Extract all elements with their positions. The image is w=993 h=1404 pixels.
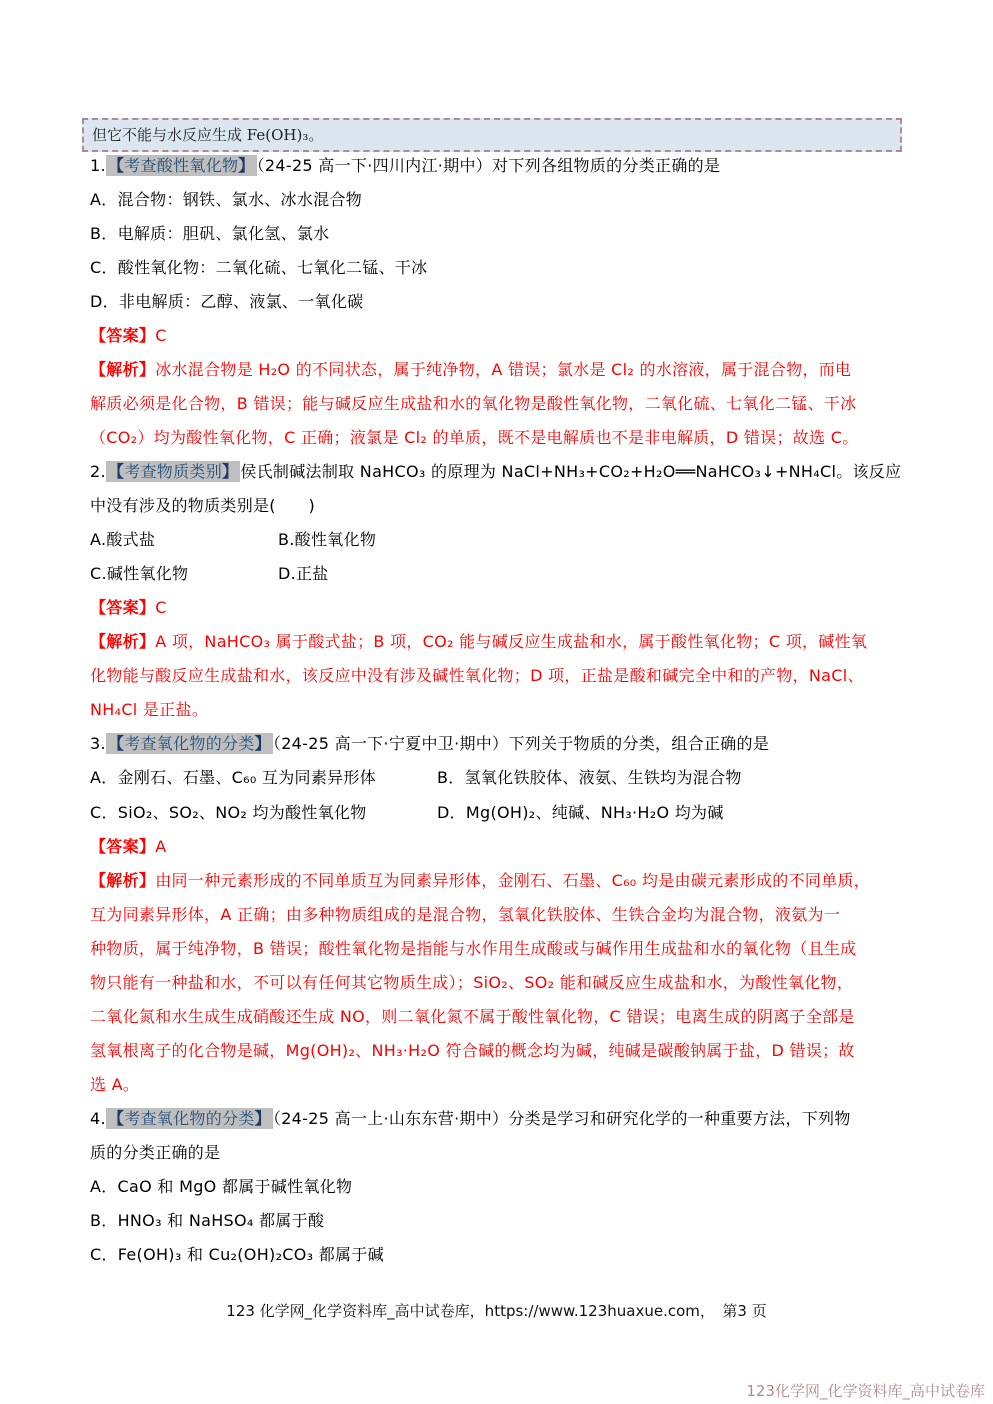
question-1-stem: 1.【考查酸性氧化物】（24-25 高一下·四川内江·期中）对下列各组物质的分类…	[90, 156, 720, 176]
option-d: D.正盐	[278, 564, 329, 584]
question-4-stem: 4.【考查氧化物的分类】（24-25 高一上·山东东营·期中）分类是学习和研究化…	[90, 1109, 851, 1129]
option-a: A．金刚石、石墨、C₆₀ 互为同素异形体	[90, 768, 376, 788]
option-b: B.酸性氧化物	[278, 530, 376, 550]
option-b: B．氢氧化铁胶体、液氨、生铁均为混合物	[437, 768, 742, 788]
note-text: 但它不能与水反应生成 Fe(OH)₃。	[92, 126, 323, 144]
analysis-line: 化物能与酸反应生成盐和水，该反应中没有涉及碱性氧化物；D 项，正盐是酸和碱完全中…	[90, 666, 864, 686]
option-a: A．CaO 和 MgO 都属于碱性氧化物	[90, 1177, 352, 1197]
option-b: B．电解质：胆矾、氯化氢、氯水	[90, 224, 329, 244]
analysis-line: 二氧化氮和水生成生成硝酸还生成 NO，则二氧化氮不属于酸性氧化物，C 错误；电离…	[90, 1007, 855, 1027]
stem-text: （24-25 高一下·四川内江·期中）对下列各组物质的分类正确的是	[257, 156, 721, 175]
analysis-line: 【解析】冰水混合物是 H₂O 的不同状态，属于纯净物，A 错误；氯水是 Cl₂ …	[90, 360, 851, 380]
option-d: D．非电解质：乙醇、液氯、一氧化碳	[90, 292, 363, 312]
page-footer: 123 化学网_化学资料库_高中试卷库，https://www.123huaxu…	[0, 1300, 993, 1321]
topic-tag: 【考查酸性氧化物】	[106, 155, 257, 176]
document-page: 但它不能与水反应生成 Fe(OH)₃。 1.【考查酸性氧化物】（24-25 高一…	[0, 0, 993, 1404]
answer-line: 【答案】A	[90, 837, 166, 857]
topic-tag: 【考查物质类别】	[106, 461, 240, 482]
question-2-stem: 2.【考查物质类别】侯氏制碱法制取 NaHCO₃ 的原理为 NaCl+NH₃+C…	[90, 462, 901, 482]
option-c: C．酸性氧化物：二氧化硫、七氧化二锰、干冰	[90, 258, 427, 278]
answer-line: 【答案】C	[90, 598, 167, 618]
analysis-line: 互为同素异形体，A 正确；由多种物质组成的是混合物，氢氧化铁胶体、生铁合金均为混…	[90, 905, 840, 925]
answer-value: C	[155, 326, 166, 345]
analysis-line: 解质必须是化合物，B 错误；能与碱反应生成盐和水的氧化物是酸性氧化物，二氧化硫、…	[90, 394, 856, 414]
analysis-line: NH₄Cl 是正盐。	[90, 700, 208, 720]
topic-tag: 【考查氧化物的分类】	[106, 733, 273, 754]
option-b: B．HNO₃ 和 NaHSO₄ 都属于酸	[90, 1211, 324, 1231]
option-d: D．Mg(OH)₂、纯碱、NH₃·H₂O 均为碱	[437, 803, 724, 823]
note-box: 但它不能与水反应生成 Fe(OH)₃。	[82, 118, 902, 152]
analysis-line: 氢氧根离子的化合物是碱，Mg(OH)₂、NH₃·H₂O 符合碱的概念均为碱，纯碱…	[90, 1041, 855, 1061]
analysis-line: （CO₂）均为酸性氧化物，C 正确；液氯是 Cl₂ 的单质，既不是电解质也不是非…	[90, 428, 859, 448]
topic-tag: 【考查氧化物的分类】	[106, 1108, 273, 1129]
watermark: 123化学网_化学资料库_高中试卷库	[746, 1380, 985, 1401]
stem-text: 质的分类正确的是	[90, 1143, 220, 1163]
analysis-line: 种物质，属于纯净物，B 错误；酸性氧化物是指能与水作用生成酸或与碱作用生成盐和水…	[90, 939, 856, 959]
question-number: 1.	[90, 156, 106, 175]
question-3-stem: 3.【考查氧化物的分类】（24-25 高一下·宁夏中卫·期中）下列关于物质的分类…	[90, 734, 769, 754]
analysis-line: 【解析】由同一种元素形成的不同单质互为同素异形体，金刚石、石墨、C₆₀ 均是由碳…	[90, 871, 870, 891]
option-c: C.碱性氧化物	[90, 564, 188, 584]
option-c: C．Fe(OH)₃ 和 Cu₂(OH)₂CO₃ 都属于碱	[90, 1245, 384, 1265]
analysis-line: 物只能有一种盐和水，不可以有任何其它物质生成）；SiO₂、SO₂ 能和碱反应生成…	[90, 973, 853, 993]
option-a: A．混合物：钢铁、氯水、冰水混合物	[90, 190, 362, 210]
stem-text: 中没有涉及的物质类别是( )	[90, 496, 315, 516]
option-c: C．SiO₂、SO₂、NO₂ 均为酸性氧化物	[90, 803, 367, 823]
analysis-line: 选 A。	[90, 1075, 139, 1095]
analysis-line: 【解析】A 项，NaHCO₃ 属于酸式盐；B 项，CO₂ 能与碱反应生成盐和水，…	[90, 632, 867, 652]
answer-line: 【答案】C	[90, 326, 167, 346]
option-a: A.酸式盐	[90, 530, 155, 550]
